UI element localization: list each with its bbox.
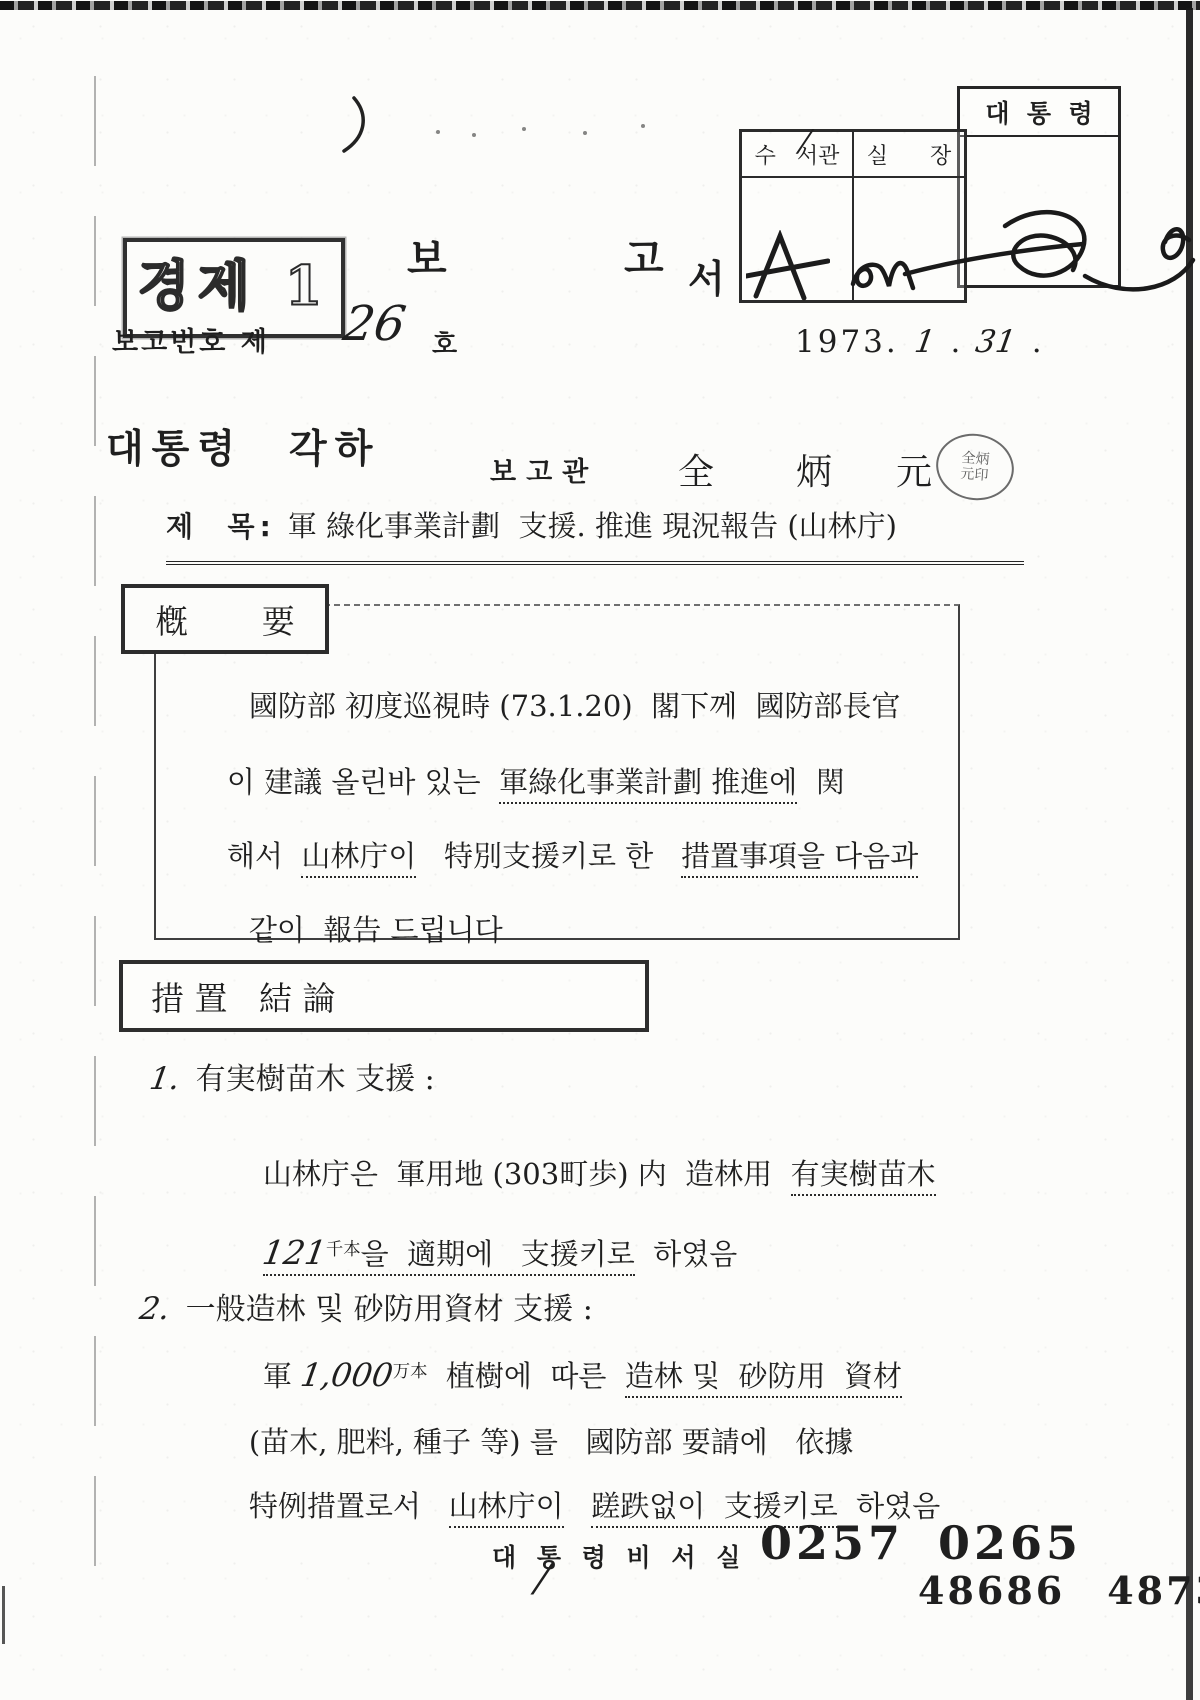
- scan-mark-bottom-left: [2, 1586, 5, 1644]
- subject-line: 제 목: 軍 綠化事業計劃 支援. 推進 現況報告 (山林庁): [166, 504, 1024, 565]
- text-segment: 山林庁은 軍用地 (303町歩) 内 造林用: [263, 1157, 791, 1191]
- ink-speck: [436, 130, 440, 134]
- ink-speck: [641, 124, 645, 128]
- date-day: 31: [973, 324, 1018, 360]
- underlined-segment: 山林庁이: [449, 1489, 564, 1528]
- reporter-name-3: 元: [896, 444, 932, 495]
- stamp-code: 48736: [1107, 1568, 1200, 1613]
- text-segment: 하였음: [635, 1237, 737, 1271]
- report-no-label: 보고번호 제: [112, 320, 270, 359]
- date-dot: .: [950, 324, 960, 360]
- handwritten-check-mark: [746, 230, 830, 302]
- text-segment: 特例措置로서: [249, 1489, 449, 1523]
- footer-stamp-codes-row-1: 0257 0265: [760, 1516, 1082, 1570]
- report-date: 1973. 1 . 31 .: [795, 324, 1042, 360]
- reporter-seal: 全炳元印: [931, 428, 1019, 507]
- ink-speck: [472, 133, 476, 137]
- quantity-number: 121: [260, 1233, 329, 1272]
- item-title: 有実樹苗木 支援 :: [196, 1054, 435, 1098]
- subject-label: 제 목:: [166, 505, 276, 545]
- underlined-segment: 121千本을 適期에 支援키로: [263, 1237, 635, 1276]
- stamp-code: 0265: [938, 1516, 1082, 1570]
- underlined-segment: 軍綠化事業計劃 推進에: [499, 765, 797, 804]
- president-box-title: 대 통 령: [960, 89, 1118, 137]
- doc-title-char-2: 고: [624, 226, 664, 285]
- quantity-unit: 万本: [393, 1362, 428, 1382]
- doc-title-char-1: 보: [407, 226, 447, 285]
- report-no-suffix: 호: [432, 324, 457, 361]
- date-end-dot: .: [1032, 324, 1042, 360]
- subject-text: 軍 綠化事業計劃 支援. 推進 現況報告 (山林庁): [288, 504, 897, 545]
- scanned-report-page: 대 통 령 수 서관 실 장 / 경제 1: [0, 0, 1200, 1700]
- item-number: 2.: [137, 1291, 172, 1327]
- stamp-code: 48686: [918, 1568, 1065, 1613]
- pen-curve-mark: [330, 94, 374, 156]
- text-segment: 特別支援키로 한: [416, 839, 681, 873]
- text-segment: 이 建議 올린바 있는: [227, 765, 499, 799]
- text-segment: 같이 報告 드립니다: [249, 913, 503, 947]
- footer-stamp-codes-row-2: 48686 48736: [918, 1568, 1200, 1613]
- text-segment: 을 適期에 支援키로: [361, 1237, 635, 1271]
- ink-speck: [583, 131, 587, 135]
- underlined-segment: 措置事項을 다음과: [681, 839, 918, 878]
- underlined-segment: 有実樹苗木: [791, 1157, 936, 1196]
- footer-office-name: 대 통 령 비 서 실: [492, 1538, 746, 1574]
- scan-edge-top: [0, 1, 1200, 10]
- doc-title-char-3: 서: [688, 248, 725, 303]
- stamp-code: 0257: [760, 1516, 904, 1570]
- text-segment: 해서: [227, 839, 301, 873]
- addressee-line: 대통령 각하: [106, 418, 380, 474]
- approval-col2-header: 실 장: [854, 132, 964, 178]
- date-year: 1973.: [795, 324, 899, 360]
- ink-speck: [522, 127, 526, 131]
- text-segment: [564, 1489, 592, 1523]
- scan-edge-left-line: [94, 76, 96, 1596]
- summary-line-4: 같이 報告 드립니다: [212, 874, 503, 983]
- signature-scrawl: [845, 202, 1197, 308]
- reporter-name-2: 炳: [796, 444, 832, 495]
- text-segment: 関: [797, 765, 844, 799]
- item-number: 1.: [147, 1061, 182, 1097]
- report-no-number: 26: [340, 296, 410, 352]
- date-month: 1: [912, 324, 937, 360]
- reporter-label: 보고관: [490, 450, 598, 489]
- reporter-seal-text: 全炳元印: [956, 450, 994, 485]
- dept-stamp-text: 경제 1: [138, 254, 331, 318]
- addressee-word-2: 각하: [289, 418, 380, 474]
- quantity-unit: 千本: [326, 1240, 361, 1260]
- summary-box-label: 槪 要: [121, 584, 329, 654]
- conclusion-item-1-heading: 1. 有実樹苗木 支援 :: [150, 1054, 435, 1098]
- underlined-segment: 山林庁이: [301, 839, 416, 878]
- reporter-name-1: 全: [678, 444, 714, 495]
- text-segment: 國防部 初度巡視時 (73.1.20) 閣下께 國防部長官: [249, 689, 901, 723]
- addressee-word-1: 대통령: [106, 418, 243, 474]
